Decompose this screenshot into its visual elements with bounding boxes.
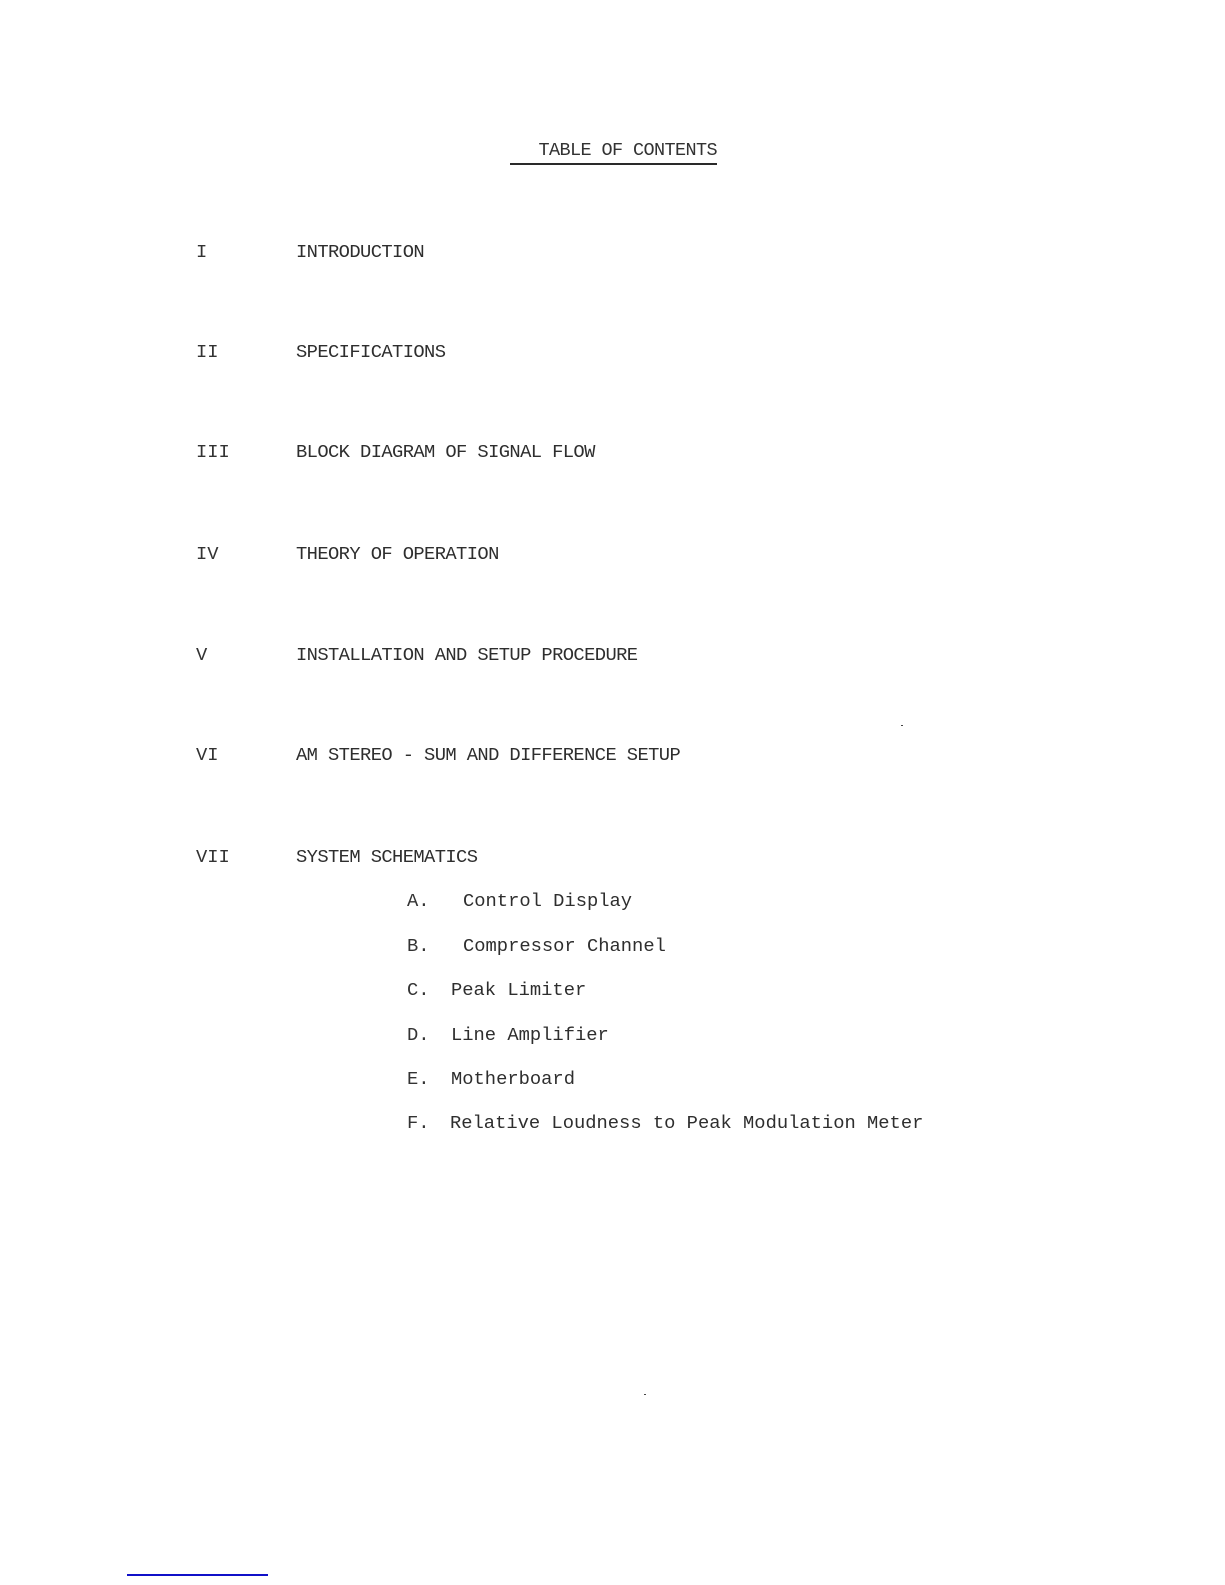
- item-letter: B.: [407, 934, 430, 958]
- toc-section-2: II SPECIFICATIONS: [0, 340, 1225, 364]
- scan-speck: [901, 725, 903, 726]
- schematic-item-f: F. Relative Loudness to Peak Modulation …: [0, 1111, 1225, 1135]
- item-letter: E.: [407, 1067, 430, 1091]
- schematic-item-d: D. Line Amplifier: [0, 1023, 1225, 1047]
- item-label: Control Display: [463, 889, 632, 913]
- scan-speck: [644, 1394, 646, 1395]
- item-label: Motherboard: [451, 1067, 575, 1091]
- section-heading: AM STEREO - SUM AND DIFFERENCE SETUP: [296, 743, 680, 767]
- toc-section-1: I INTRODUCTION: [0, 240, 1225, 264]
- section-numeral: III: [196, 440, 230, 464]
- section-numeral: VI: [196, 743, 219, 767]
- section-numeral: I: [196, 240, 207, 264]
- item-letter: C.: [407, 978, 430, 1002]
- section-numeral: II: [196, 340, 219, 364]
- item-label: Peak Limiter: [451, 978, 586, 1002]
- item-label: Line Amplifier: [451, 1023, 609, 1047]
- section-heading: SYSTEM SCHEMATICS: [296, 845, 477, 869]
- schematic-item-c: C. Peak Limiter: [0, 978, 1225, 1002]
- section-numeral: IV: [196, 542, 219, 566]
- toc-section-6: VI AM STEREO - SUM AND DIFFERENCE SETUP: [0, 743, 1225, 767]
- section-heading: BLOCK DIAGRAM OF SIGNAL FLOW: [296, 440, 595, 464]
- item-letter: A.: [407, 889, 430, 913]
- document-page: TABLE OF CONTENTS I INTRODUCTION II SPEC…: [0, 0, 1225, 1585]
- toc-section-7: VII SYSTEM SCHEMATICS: [0, 845, 1225, 869]
- toc-section-5: V INSTALLATION AND SETUP PROCEDURE: [0, 643, 1225, 667]
- toc-section-3: III BLOCK DIAGRAM OF SIGNAL FLOW: [0, 440, 1225, 464]
- section-heading: THEORY OF OPERATION: [296, 542, 499, 566]
- section-heading: INTRODUCTION: [296, 240, 424, 264]
- item-letter: D.: [407, 1023, 430, 1047]
- footer-rule: [127, 1574, 268, 1576]
- title-underline: [510, 163, 717, 165]
- page-title: TABLE OF CONTENTS: [510, 140, 717, 162]
- section-numeral: V: [196, 643, 207, 667]
- item-letter: F.: [407, 1111, 430, 1135]
- schematic-item-e: E. Motherboard: [0, 1067, 1225, 1091]
- section-numeral: VII: [196, 845, 230, 869]
- schematic-item-a: A. Control Display: [0, 889, 1225, 913]
- section-heading: INSTALLATION AND SETUP PROCEDURE: [296, 643, 637, 667]
- item-label: Relative Loudness to Peak Modulation Met…: [450, 1111, 923, 1135]
- toc-section-4: IV THEORY OF OPERATION: [0, 542, 1225, 566]
- item-label: Compressor Channel: [463, 934, 666, 958]
- schematic-item-b: B. Compressor Channel: [0, 934, 1225, 958]
- section-heading: SPECIFICATIONS: [296, 340, 445, 364]
